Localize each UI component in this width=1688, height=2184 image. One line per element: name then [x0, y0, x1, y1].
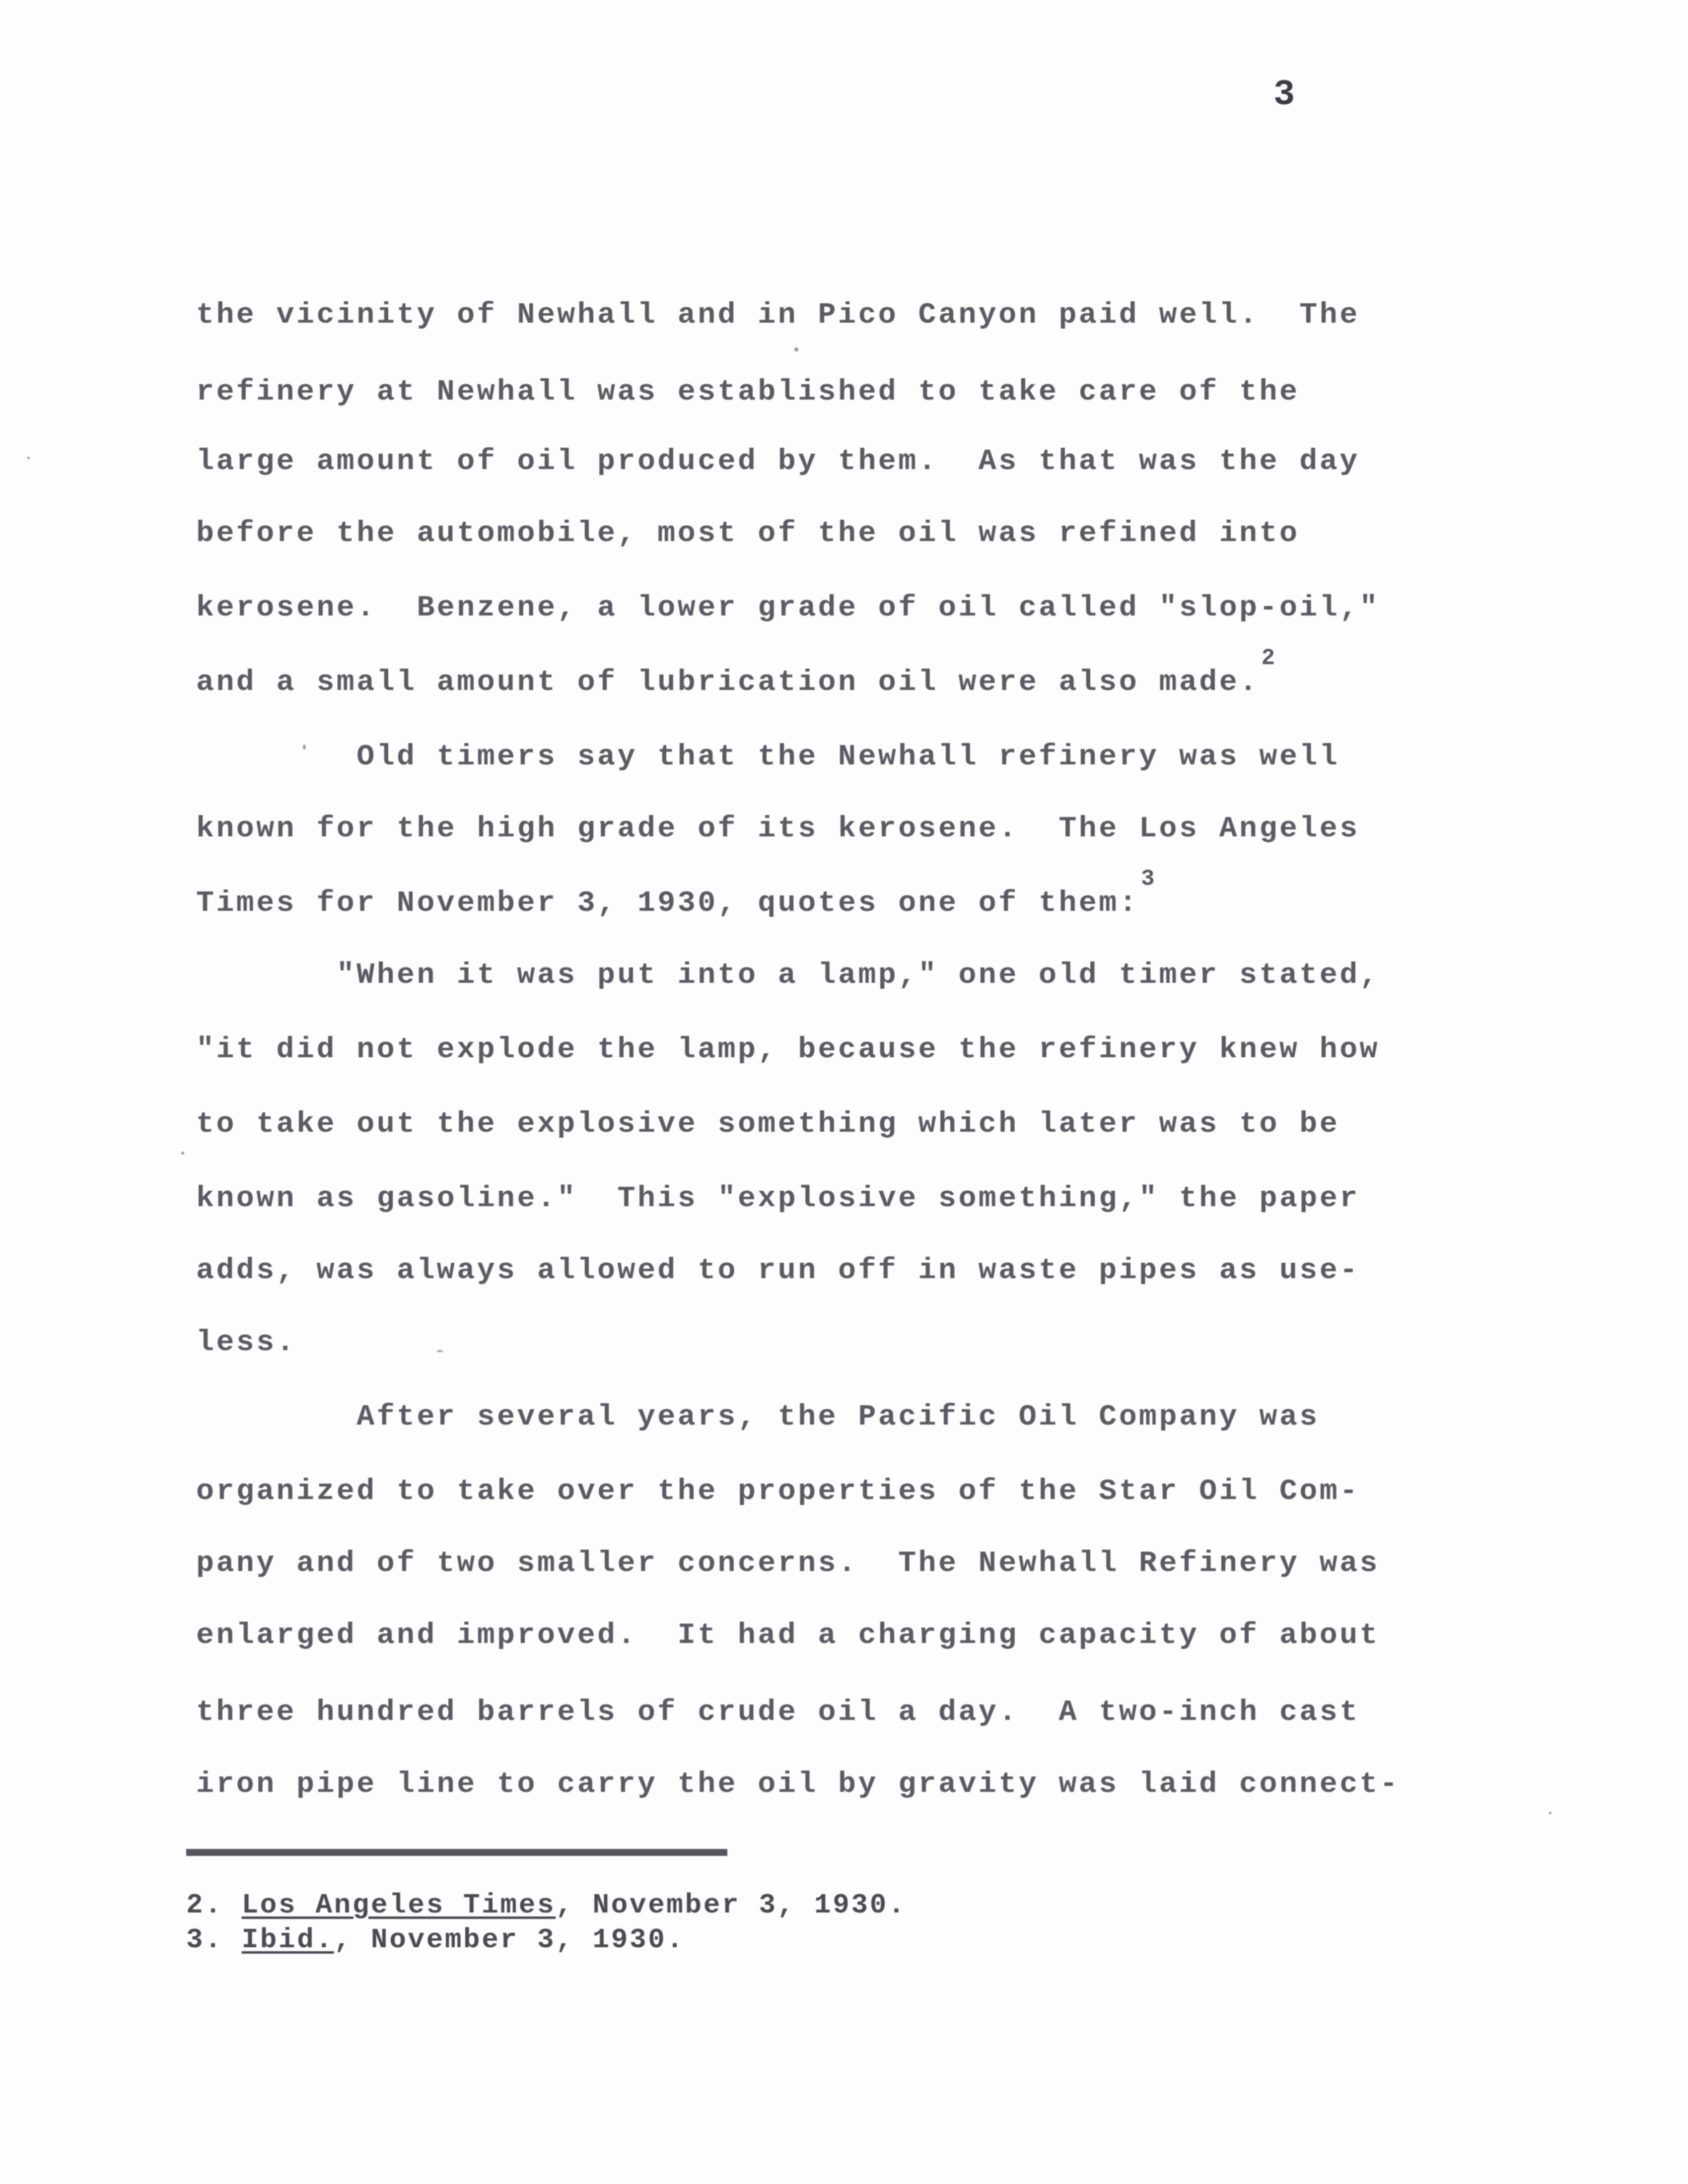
- body-line: "When it was put into a lamp," one old t…: [196, 960, 1380, 990]
- scan-speck: [181, 1152, 184, 1155]
- footnote-number: 3.: [186, 1924, 223, 1956]
- page-number: 3: [1273, 74, 1295, 115]
- body-line: iron pipe line to carry the oil by gravi…: [196, 1770, 1400, 1799]
- footnote-number: 2.: [186, 1889, 223, 1921]
- body-line: known for the high grade of its kerosene…: [196, 814, 1360, 844]
- body-line: "it did not explode the lamp, because th…: [196, 1035, 1380, 1065]
- scan-speck: [437, 1350, 443, 1352]
- body-line: After several years, the Pacific Oil Com…: [196, 1402, 1320, 1432]
- body-line: before the automobile, most of the oil w…: [196, 519, 1299, 548]
- scan-speck: [794, 347, 798, 351]
- body-line: Times for November 3, 1930, quotes one o…: [196, 888, 1157, 918]
- body-line: the vicinity of Newhall and in Pico Cany…: [196, 300, 1360, 330]
- footnote: 3. Ibid., November 3, 1930.: [186, 1926, 685, 1954]
- footnote-detail: , November 3, 1930.: [334, 1924, 685, 1956]
- body-line: less.: [196, 1328, 296, 1358]
- footnote: 2. Los Angeles Times, November 3, 1930.: [186, 1891, 907, 1919]
- body-line: and a small amount of lubrication oil we…: [196, 668, 1277, 697]
- scan-speck: [303, 745, 306, 750]
- body-line: large amount of oil produced by them. As…: [196, 447, 1360, 477]
- footnote-mark: 2: [1262, 645, 1277, 671]
- footnote-source: Ibid.: [242, 1924, 334, 1956]
- body-line: pany and of two smaller concerns. The Ne…: [196, 1549, 1380, 1578]
- body-line-text: and a small amount of lubrication oil we…: [196, 666, 1260, 699]
- body-line: to take out the explosive something whic…: [196, 1109, 1339, 1139]
- body-line: organized to take over the properties of…: [196, 1477, 1360, 1506]
- body-line: adds, was always allowed to run off in w…: [196, 1256, 1360, 1286]
- body-line: kerosene. Benzene, a lower grade of oil …: [196, 593, 1380, 623]
- body-line: Old timers say that the Newhall refinery…: [196, 742, 1339, 772]
- body-line: three hundred barrels of crude oil a day…: [196, 1698, 1360, 1727]
- body-line: refinery at Newhall was established to t…: [196, 377, 1299, 407]
- body-line-text: Times for November 3, 1930, quotes one o…: [196, 887, 1139, 920]
- footnote-mark: 3: [1141, 866, 1157, 892]
- scan-speck: [27, 457, 30, 459]
- body-line: known as gasoline." This "explosive some…: [196, 1184, 1360, 1214]
- typewritten-page: 3 the vicinity of Newhall and in Pico Ca…: [0, 0, 1688, 2184]
- footnote-source: Los Angeles Times: [242, 1889, 556, 1921]
- body-line: enlarged and improved. It had a charging…: [196, 1621, 1380, 1650]
- footnote-detail: , November 3, 1930.: [556, 1889, 907, 1921]
- scan-speck: [1549, 1812, 1551, 1814]
- footnote-divider: [186, 1849, 727, 1856]
